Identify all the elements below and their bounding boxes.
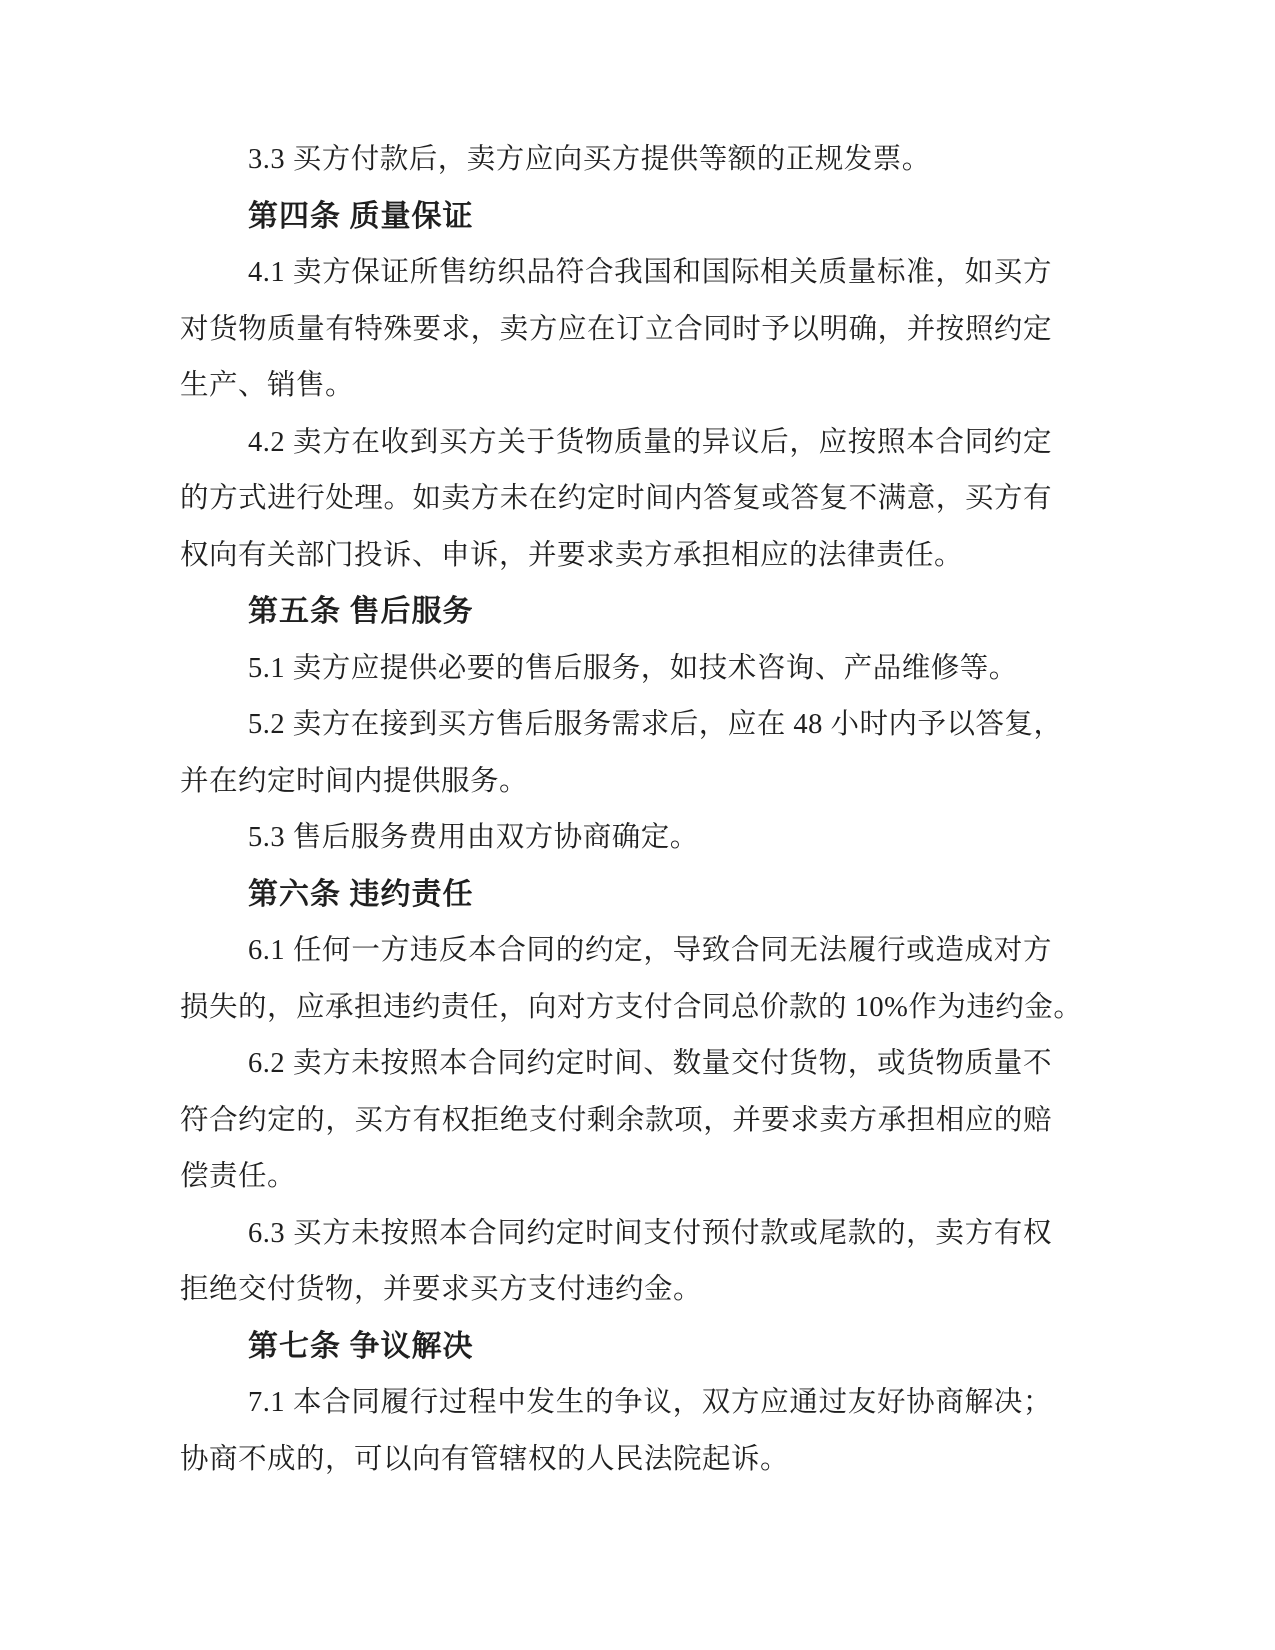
document-page: 3.3 买方付款后，卖方应向买方提供等额的正规发票。 第四条 质量保证 4.1 … bbox=[0, 0, 1275, 1650]
line-clause-4-1-b: 对货物质量有特殊要求，卖方应在订立合同时予以明确，并按照约定 bbox=[180, 302, 1052, 359]
heading-article-7: 第七条 争议解决 bbox=[180, 1319, 1052, 1376]
line-clause-6-2-b: 符合约定的，买方有权拒绝支付剩余款项，并要求卖方承担相应的赔 bbox=[180, 1093, 1052, 1150]
line-clause-5-2-b: 并在约定时间内提供服务。 bbox=[180, 754, 1052, 811]
line-clause-7-1-a: 7.1 本合同履行过程中发生的争议，双方应通过友好协商解决； bbox=[180, 1375, 1052, 1432]
line-clause-4-2-a: 4.2 卖方在收到买方关于货物质量的异议后，应按照本合同约定 bbox=[180, 415, 1052, 472]
line-clause-5-1: 5.1 卖方应提供必要的售后服务，如技术咨询、产品维修等。 bbox=[180, 641, 1052, 698]
line-clause-7-1-b: 协商不成的，可以向有管辖权的人民法院起诉。 bbox=[180, 1432, 1052, 1489]
line-clause-5-2-a: 5.2 卖方在接到买方售后服务需求后，应在 48 小时内予以答复， bbox=[180, 697, 1052, 754]
line-clause-4-1-c: 生产、销售。 bbox=[180, 358, 1052, 415]
heading-article-5: 第五条 售后服务 bbox=[180, 584, 1052, 641]
line-clause-4-2-b: 的方式进行处理。如卖方未在约定时间内答复或答复不满意，买方有 bbox=[180, 471, 1052, 528]
line-clause-5-3: 5.3 售后服务费用由双方协商确定。 bbox=[180, 810, 1052, 867]
line-clause-6-3-a: 6.3 买方未按照本合同约定时间支付预付款或尾款的，卖方有权 bbox=[180, 1206, 1052, 1263]
line-clause-6-2-c: 偿责任。 bbox=[180, 1149, 1052, 1206]
heading-article-6: 第六条 违约责任 bbox=[180, 867, 1052, 924]
line-clause-4-2-c: 权向有关部门投诉、申诉，并要求卖方承担相应的法律责任。 bbox=[180, 528, 1052, 585]
line-clause-6-1-b: 损失的，应承担违约责任，向对方支付合同总价款的 10%作为违约金。 bbox=[180, 980, 1052, 1037]
line-clause-3-3: 3.3 买方付款后，卖方应向买方提供等额的正规发票。 bbox=[180, 132, 1052, 189]
line-clause-6-1-a: 6.1 任何一方违反本合同的约定，导致合同无法履行或造成对方 bbox=[180, 923, 1052, 980]
line-clause-6-2-a: 6.2 卖方未按照本合同约定时间、数量交付货物，或货物质量不 bbox=[180, 1036, 1052, 1093]
heading-article-4: 第四条 质量保证 bbox=[180, 189, 1052, 246]
line-clause-6-3-b: 拒绝交付货物，并要求买方支付违约金。 bbox=[180, 1262, 1052, 1319]
line-clause-4-1-a: 4.1 卖方保证所售纺织品符合我国和国际相关质量标准，如买方 bbox=[180, 245, 1052, 302]
